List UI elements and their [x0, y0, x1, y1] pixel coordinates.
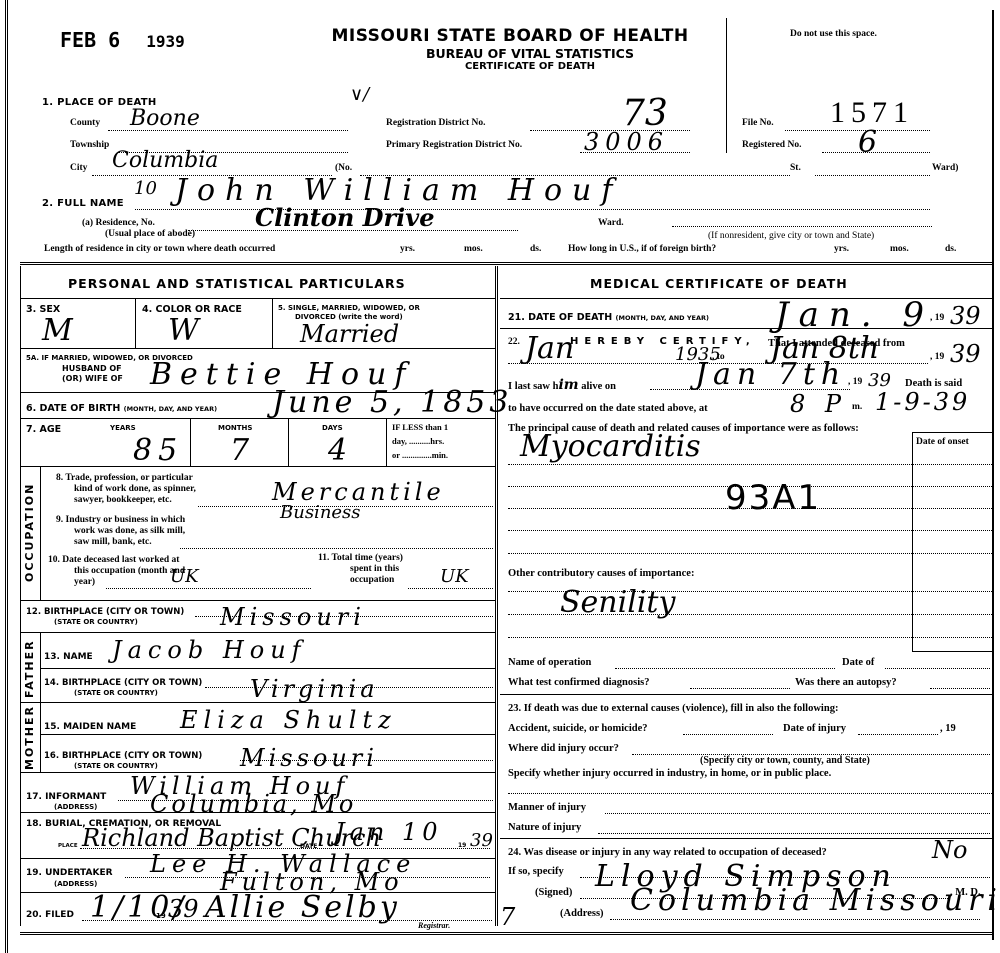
trade-label-2: kind of work done, as spinner, [74, 485, 196, 495]
dod-year-prefix: , 19 [930, 314, 944, 324]
occupation-related-value[interactable]: No [932, 838, 967, 862]
registered-no-value[interactable]: 6 [858, 128, 877, 158]
row-line [40, 734, 495, 735]
father-side-label: FATHER [23, 639, 36, 698]
father-name-value[interactable]: Jacob Houf [112, 638, 307, 662]
time-value[interactable]: 8 P [790, 392, 847, 416]
row-line [500, 328, 992, 329]
dob-value[interactable]: June 5, 1853 [272, 388, 512, 418]
row-line [20, 600, 495, 601]
industry-line [180, 548, 493, 549]
last-worked-label-3: year) [74, 578, 95, 588]
foreign-mos: mos. [890, 245, 909, 255]
nature-line [598, 833, 990, 834]
operation-label: Name of operation [508, 657, 591, 668]
medical-heading: MEDICAL CERTIFICATE OF DEATH [590, 276, 848, 291]
dod-label-main: 21. DATE OF DEATH [508, 312, 612, 323]
full-name-value[interactable]: John William Houf [175, 176, 622, 206]
years-value[interactable]: 85 [133, 436, 183, 466]
foreign-yrs: yrs. [834, 245, 849, 255]
undertaker-sub: (ADDRESS) [54, 880, 97, 888]
onset-column-divider [912, 432, 913, 572]
margin-mark: ∨/ [350, 86, 369, 104]
left-border [5, 0, 8, 953]
onset-column-lower [912, 572, 913, 652]
mother-name-value[interactable]: Eliza Shultz [180, 708, 397, 732]
cell-divider [272, 298, 273, 348]
filed-label: 20. FILED [26, 910, 74, 920]
days-value[interactable]: 4 [328, 436, 347, 466]
mother-name-label: 15. MAIDEN NAME [44, 722, 136, 732]
form-subtitle: BUREAU OF VITAL STATISTICS [340, 46, 720, 61]
filed-year-value[interactable]: 39 [168, 897, 199, 921]
attended-to-year-value[interactable]: 39 [950, 342, 981, 366]
dob-label-sub: (MONTH, DAY, AND YEAR) [124, 405, 217, 413]
burial-year-value[interactable]: 39 [470, 832, 493, 850]
informant-label: 17. INFORMANT [26, 792, 106, 802]
full-name-prefix: 10 [134, 180, 157, 198]
father-birthplace-label: 14. BIRTHPLACE (CITY OR TOWN) [44, 678, 202, 688]
mother-birthplace-sub: (STATE OR COUNTRY) [74, 762, 158, 770]
file-no-label: File No. [742, 119, 774, 129]
certify-text: HEREBY CERTIFY, [570, 336, 756, 347]
autopsy-line [930, 688, 990, 689]
days-label: DAYS [322, 424, 343, 432]
last-worked-label-2: this occupation (month and [74, 567, 185, 577]
residence-value[interactable]: Clinton Drive [255, 206, 434, 230]
total-time-line [408, 588, 493, 589]
last-worked-line [106, 588, 311, 589]
signed-label: (Signed) [535, 887, 572, 898]
cell-divider [190, 418, 191, 466]
less-label-2: day, ..........hrs. [392, 437, 444, 446]
mother-birthplace-label: 16. BIRTHPLACE (CITY OR TOWN) [44, 751, 202, 761]
date-note[interactable]: 1-9-39 [875, 390, 970, 414]
sex-value[interactable]: M [42, 316, 73, 346]
county-value[interactable]: Boone [130, 108, 200, 130]
row-line [20, 348, 495, 349]
dod-label: 21. DATE OF DEATH (MONTH, DAY, AND YEAR) [508, 312, 709, 323]
reg-district-label: Registration District No. [386, 119, 485, 129]
other-causes-value[interactable]: Senility [560, 588, 675, 618]
birthplace-value[interactable]: Missouri [220, 605, 366, 629]
city-value[interactable]: Columbia [112, 150, 218, 172]
length-yrs: yrs. [400, 245, 415, 255]
burial-date-label: DATE [300, 843, 317, 850]
dod-value[interactable]: Jan. 9 [775, 298, 934, 332]
test-line [690, 688, 790, 689]
industry-label-1: 9. Industry or business in which [56, 516, 185, 526]
filed-year-prefix: 19 [156, 912, 166, 920]
occupation-side-label: OCCUPATION [23, 483, 36, 582]
last-worked-value[interactable]: UK [170, 568, 199, 586]
county-label: County [70, 119, 100, 129]
residence-label: (a) Residence, No. [82, 219, 155, 229]
marital-value[interactable]: Married [300, 322, 399, 346]
nature-label: Nature of injury [508, 822, 581, 833]
onset-bottom [912, 651, 992, 652]
primary-reg-label: Primary Registration District No. [386, 141, 522, 151]
years-label: YEARS [110, 424, 136, 432]
length-mos: mos. [464, 245, 483, 255]
header-divider [726, 18, 727, 153]
occupation-related-label: 24. Was disease or injury in any way rel… [508, 847, 827, 858]
occupation-side-divider [40, 466, 41, 600]
stamp-year: 1939 [146, 32, 185, 51]
row-line [20, 702, 495, 703]
injury-date-label: Date of injury [783, 723, 846, 734]
burial-date-value[interactable]: Jan 10 [335, 820, 443, 844]
address-line [610, 919, 980, 920]
total-time-label-2: spent in this [350, 565, 399, 575]
specify-injury-label: Specify whether injury occurred in indus… [508, 768, 831, 779]
registrar-label: Registrar. [418, 922, 450, 930]
cause-line [508, 530, 992, 531]
office-note: Do not use this space. [790, 30, 877, 40]
dod-year-value[interactable]: 39 [950, 304, 981, 328]
trade-label-3: sawyer, bookkeeper, etc. [74, 496, 172, 506]
row-line [500, 694, 992, 695]
row-line [20, 418, 495, 419]
row-line [20, 812, 495, 813]
cell-divider [386, 418, 387, 466]
external-causes-label: 23. If death was due to external causes … [508, 703, 838, 714]
column-divider [495, 266, 498, 926]
footer-rule [20, 932, 992, 935]
industry-value[interactable]: Business [280, 504, 361, 522]
last-saw-year-prefix: , 19 [848, 378, 862, 388]
foreign-ds: ds. [945, 245, 956, 255]
ward-line [815, 175, 930, 176]
dod-label-sub: (MONTH, DAY, AND YEAR) [616, 314, 709, 322]
other-line [508, 637, 992, 638]
residence-sub: (Usual place of abode) [105, 230, 195, 240]
manner-line [605, 813, 990, 814]
accident-label: Accident, suicide, or homicide? [508, 723, 648, 734]
registrar-value[interactable]: Allie Selby [205, 893, 400, 923]
form-name: CERTIFICATE OF DEATH [340, 61, 720, 72]
last-worked-label-1: 10. Date deceased last worked at [48, 556, 179, 566]
nonresident-line [672, 226, 932, 227]
less-label-3: or ..............min. [392, 451, 448, 460]
last-saw-value[interactable]: Jan 7th [695, 360, 846, 390]
injury-year-label: , 19 [940, 723, 956, 734]
months-label: MONTHS [218, 424, 252, 432]
last-saw-pronoun[interactable]: im [558, 377, 578, 393]
where-injury-label: Where did injury occur? [508, 743, 619, 754]
certify-num: 22. [508, 338, 520, 348]
manner-label: Manner of injury [508, 802, 586, 813]
reg-district-value[interactable]: 73 [622, 96, 668, 132]
header-rule [20, 262, 992, 265]
operation-date-label: Date of [842, 657, 874, 668]
other-causes-label: Other contributory causes of importance: [508, 568, 694, 579]
cell-divider [135, 298, 136, 348]
address-value[interactable]: Columbia Missouri [630, 886, 1000, 916]
if-so-label: If so, specify [508, 866, 564, 877]
m-label: m. [852, 403, 862, 413]
accident-line [683, 734, 773, 735]
autopsy-label: Was there an autopsy? [795, 677, 897, 688]
nonresident-note: (If nonresident, give city or town and S… [708, 232, 874, 242]
mother-side-label: MOTHER [23, 705, 36, 770]
primary-reg-value[interactable]: 3006 [584, 130, 669, 154]
row-line [500, 838, 992, 839]
dob-label-main: 6. DATE OF BIRTH [26, 403, 120, 414]
ward-label: Ward) [932, 164, 958, 174]
city-label: City [70, 164, 87, 174]
race-value[interactable]: W [168, 316, 199, 346]
specify-line [508, 793, 992, 794]
last-saw-text: I last saw h [508, 381, 558, 392]
form-header: MISSOURI STATE BOARD OF HEALTH BUREAU OF… [300, 26, 720, 72]
stamp-date: FEB 6 [60, 28, 120, 52]
marital-label: 5. SINGLE, MARRIED, WIDOWED, OR [278, 304, 420, 312]
right-border [992, 10, 994, 940]
length-ds: ds. [530, 245, 541, 255]
received-stamp: FEB 6 1939 [60, 28, 185, 52]
residence-ward-label: Ward. [598, 219, 624, 229]
registered-no-label: Registered No. [742, 141, 801, 151]
row-line [20, 298, 495, 299]
row-line [20, 466, 495, 467]
total-time-label-1: 11. Total time (years) [318, 554, 403, 564]
mother-birthplace-value[interactable]: Missouri [240, 746, 378, 770]
cause-line [508, 553, 992, 554]
test-label: What test confirmed diagnosis? [508, 677, 649, 688]
attended-from-value[interactable]: Jan [525, 334, 574, 364]
informant-sub: (ADDRESS) [54, 803, 97, 811]
cause-line [508, 464, 992, 465]
father-name-label: 13. NAME [44, 652, 93, 662]
form-title: MISSOURI STATE BOARD OF HEALTH [300, 26, 720, 46]
onset-top [912, 432, 992, 433]
industry-label-3: saw mill, bank, etc. [74, 538, 152, 548]
occurred-label: to have occurred on the date stated abov… [508, 403, 708, 414]
last-saw-label: I last saw him alive on [508, 378, 616, 392]
burial-place-label: PLACE [58, 843, 78, 849]
age-label: 7. AGE [26, 424, 61, 435]
less-label-1: IF LESS than 1 [392, 423, 448, 432]
total-time-label-3: occupation [350, 576, 394, 586]
birthplace-sub: (STATE OR COUNTRY) [54, 618, 138, 626]
address-label: (Address) [560, 908, 604, 919]
where-injury-sub: (Specify city or town, county, and State… [700, 756, 870, 767]
attended-to-year-prefix: , 19 [930, 353, 944, 363]
spouse-label-3: (OR) WIFE OF [62, 374, 123, 383]
trade-value[interactable]: Mercantile [272, 480, 445, 504]
trade-label-1: 8. Trade, profession, or particular [56, 474, 193, 484]
full-name-label: 2. FULL NAME [42, 198, 124, 209]
length-residence-label: Length of residence in city or town wher… [44, 245, 275, 255]
dob-label: 6. DATE OF BIRTH (MONTH, DAY, AND YEAR) [26, 403, 217, 414]
operation-line [615, 668, 835, 669]
left-column-border [20, 266, 21, 926]
onset-label: Date of onset [916, 438, 969, 448]
father-birthplace-value[interactable]: Virginia [250, 677, 379, 701]
personal-heading: PERSONAL AND STATISTICAL PARTICULARS [68, 276, 406, 291]
undertaker-label: 19. UNDERTAKER [26, 868, 113, 878]
total-time-value[interactable]: UK [440, 568, 469, 586]
foreign-label: How long in U.S., if of foreign birth? [568, 245, 716, 255]
icd-code: 93A1 [725, 478, 821, 518]
margin-seven: 7 [500, 905, 515, 929]
industry-label-2: work was done, as silk mill, [74, 527, 185, 537]
last-saw-text-2: alive on [581, 381, 616, 392]
township-label: Township [70, 141, 109, 151]
street-label: St. [790, 164, 801, 174]
cause-value[interactable]: Myocarditis [520, 432, 701, 462]
months-value[interactable]: 7 [230, 436, 249, 466]
burial-year-prefix: 19 [458, 842, 466, 849]
cell-divider [288, 418, 289, 466]
row-line [40, 668, 495, 669]
spouse-label-2: HUSBAND OF [62, 364, 122, 373]
injury-date-line [858, 734, 938, 735]
row-line [20, 632, 495, 633]
father-birthplace-sub: (STATE OR COUNTRY) [74, 689, 158, 697]
birthplace-label: 12. BIRTHPLACE (CITY OR TOWN) [26, 607, 184, 617]
operation-date-line [885, 668, 990, 669]
